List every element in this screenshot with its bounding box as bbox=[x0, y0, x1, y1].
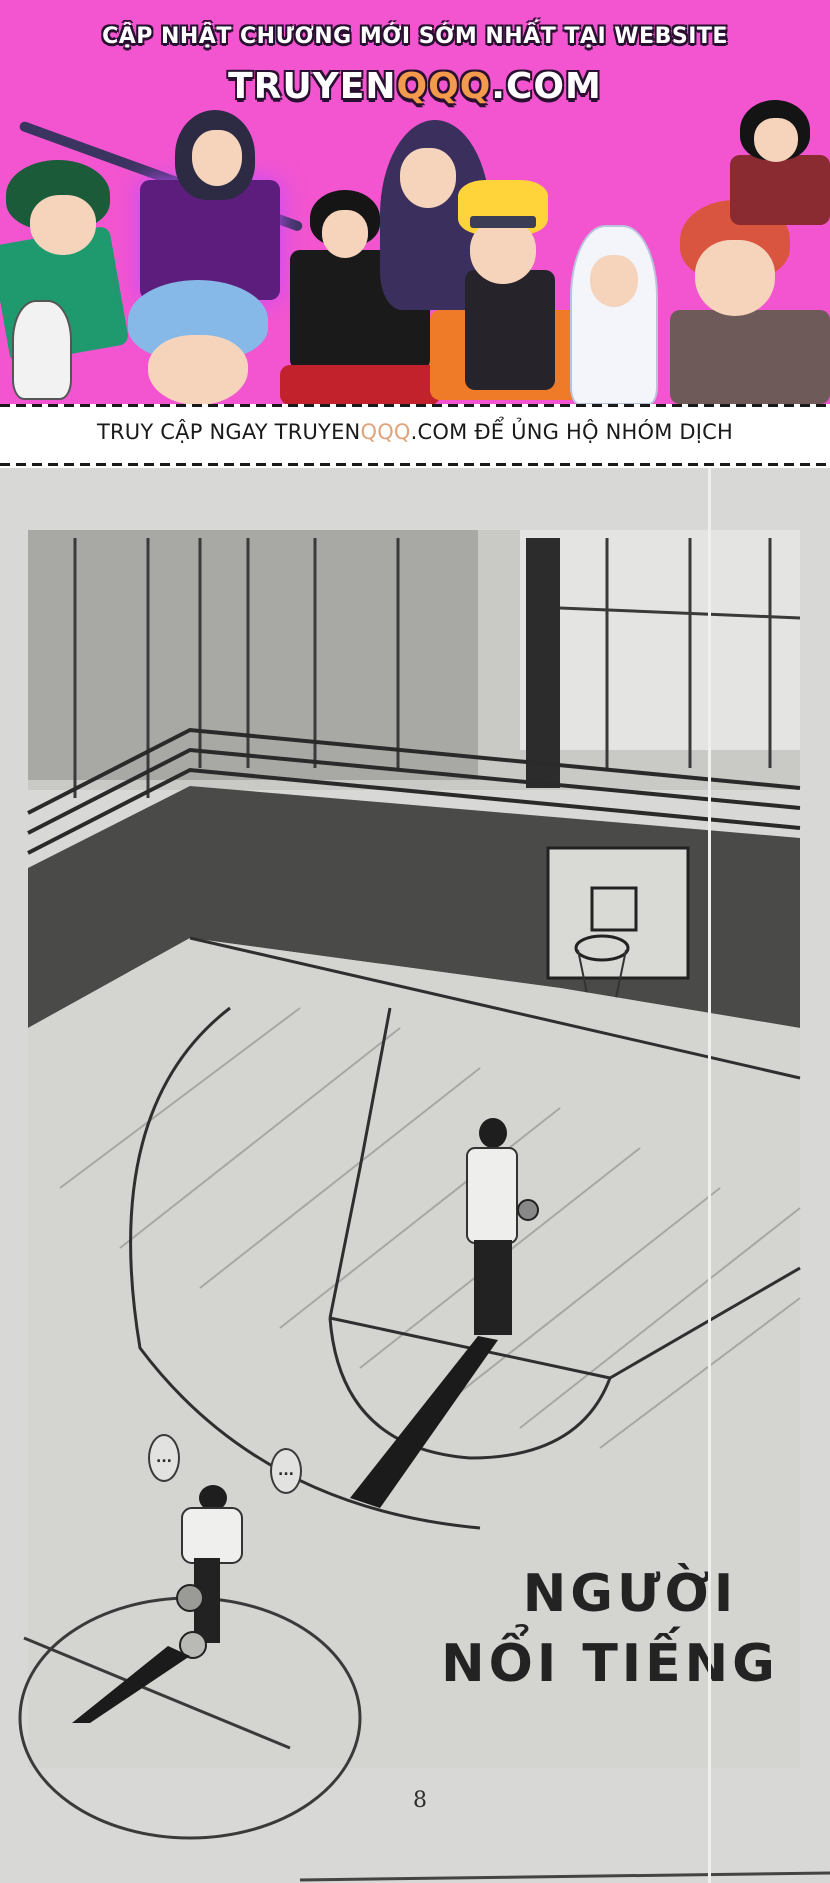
notice-accent: QQQ bbox=[360, 420, 410, 444]
character-white-hoodie bbox=[570, 225, 660, 404]
speech-bubble-1-text: ... bbox=[156, 1450, 172, 1466]
character-swordsman bbox=[720, 100, 830, 220]
speech-bubble-1: ... bbox=[148, 1434, 180, 1482]
banner-headline: CẬP NHẬT CHƯƠNG MỚI SỚM NHẤT TẠI WEBSITE bbox=[0, 24, 830, 49]
character-white-cat bbox=[12, 300, 72, 400]
promo-banner[interactable]: CẬP NHẬT CHƯƠNG MỚI SỚM NHẤT TẠI WEBSITE… bbox=[0, 0, 830, 404]
support-notice[interactable]: TRUY CẬP NGAY TRUYENQQQ.COM ĐỂ ỦNG HỘ NH… bbox=[0, 420, 830, 444]
chapter-title-line2: NỔI TIẾNG bbox=[430, 1638, 790, 1690]
manga-page: ... ... NGƯỜI NỔI TIẾNG 8 bbox=[0, 468, 830, 1883]
page-number: 8 bbox=[400, 1788, 440, 1813]
speech-bubble-2-text: ... bbox=[278, 1463, 294, 1479]
chapter-title: NGƯỜI NỔI TIẾNG bbox=[430, 1568, 790, 1690]
dashed-divider-top bbox=[0, 404, 830, 407]
notice-prefix: TRUY CẬP NGAY TRUYEN bbox=[97, 420, 360, 444]
notice-suffix: .COM ĐỂ ỦNG HỘ NHÓM DỊCH bbox=[411, 420, 733, 444]
chapter-title-line1: NGƯỜI bbox=[430, 1568, 790, 1620]
speech-bubble-2: ... bbox=[270, 1448, 302, 1494]
character-pink-spiky bbox=[660, 200, 830, 404]
character-orange-ninja bbox=[430, 180, 580, 404]
dashed-divider-bottom bbox=[0, 463, 830, 466]
character-blue-hair bbox=[128, 280, 268, 404]
anime-characters-artwork bbox=[0, 100, 830, 404]
